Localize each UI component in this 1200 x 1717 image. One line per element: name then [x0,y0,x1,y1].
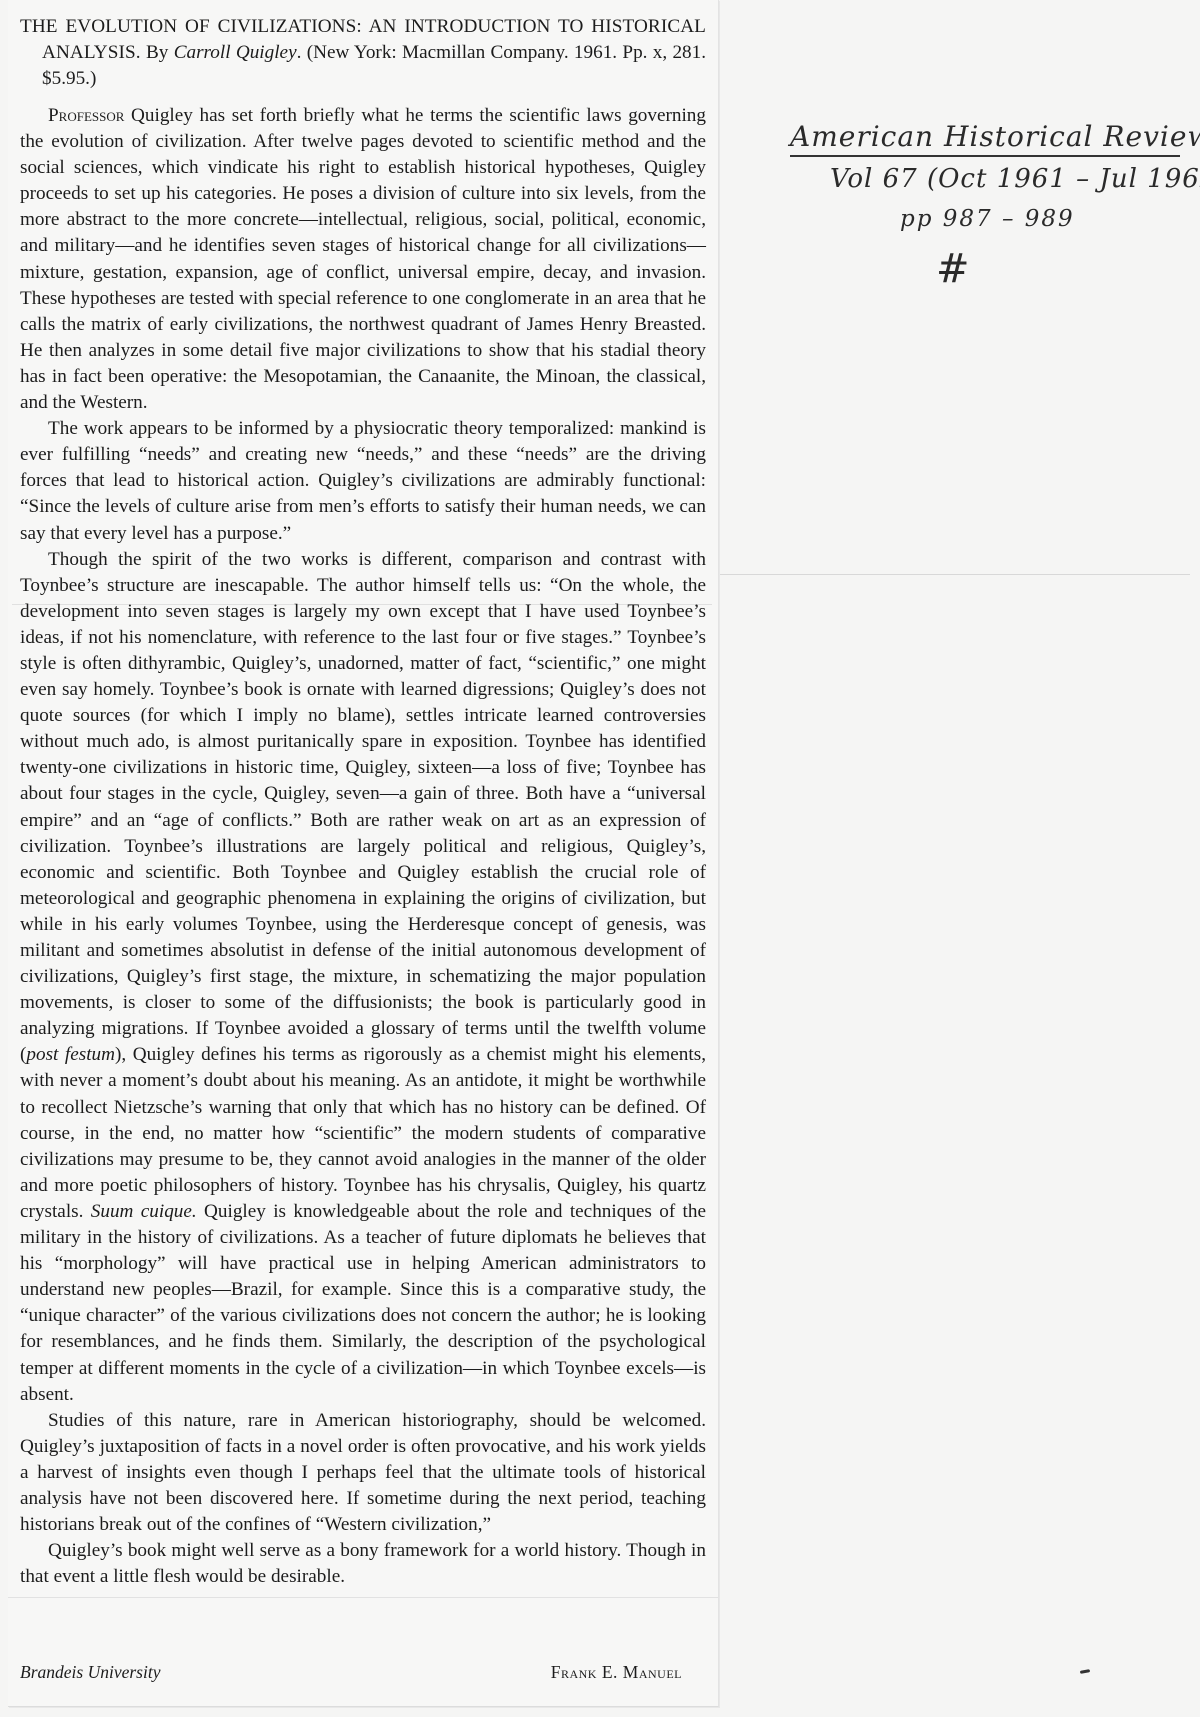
review-signature: Brandeis University Frank E. Manuel [20,1662,690,1683]
note-journal: American Historical Review [790,120,1180,157]
review-body: THE EVOLUTION OF CIVILIZATIONS: AN INTRO… [20,14,706,1590]
paragraph-text: ), Quigley defines his terms as rigorous… [20,1044,706,1222]
paragraph-4-continued: Quigley’s book might well serve as a bon… [20,1538,706,1590]
fold-line [712,574,1190,575]
note-hash-mark: # [936,246,970,292]
clipping-cut-line [8,1597,718,1598]
paragraph-text: Quigley has set forth briefly what he te… [20,105,706,413]
paragraph-4: Studies of this nature, rare in American… [20,1408,706,1538]
paragraph-2: The work appears to be informed by a phy… [20,416,706,546]
italic-phrase: Suum cuique. [91,1201,197,1222]
paragraph-text: Though the spirit of the two works is di… [20,549,706,1066]
note-volume: Vol 67 (Oct 1961 – Jul 1962) [830,164,1200,194]
paragraph-text: Quigley’s book might well serve as a bon… [20,1540,706,1587]
review-heading: THE EVOLUTION OF CIVILIZATIONS: AN INTRO… [20,14,706,92]
note-pages: pp 987 – 989 [900,206,1075,232]
paragraph-text: Studies of this nature, rare in American… [20,1410,706,1535]
italic-phrase: post festum [26,1044,115,1065]
reviewer-affiliation: Brandeis University [20,1662,160,1683]
paragraph-text: The work appears to be informed by a phy… [20,418,706,543]
book-author: Carroll Quigley [174,42,297,63]
paragraph-3: Though the spirit of the two works is di… [20,547,706,1408]
reviewer-name: Frank E. Manuel [551,1662,690,1683]
paragraph-1: Professor Quigley has set forth briefly … [20,103,706,416]
lead-word: Professor [48,105,124,126]
paragraph-text: Quigley is knowledgeable about the role … [20,1201,706,1405]
by-label: By [146,42,168,63]
publication-info: (New York: Macmillan Company. 1961. Pp. … [42,42,706,89]
